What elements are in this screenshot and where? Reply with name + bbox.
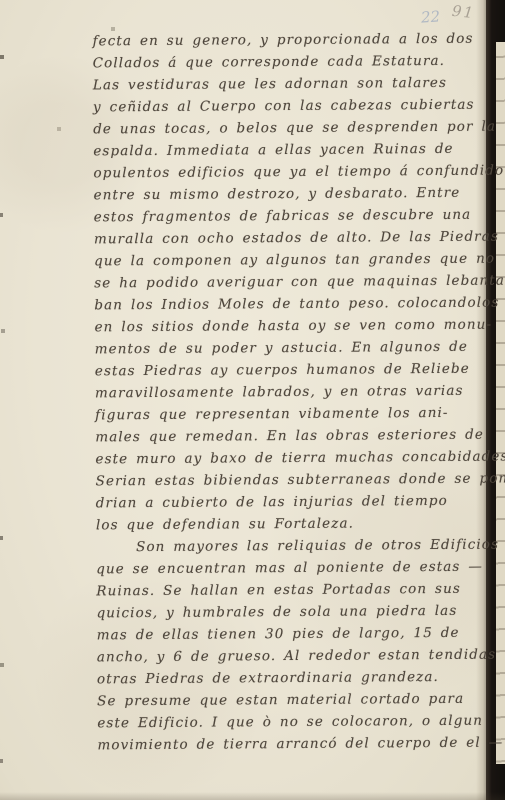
manuscript-line: ban los Indios Moles de tanto peso. colo… — [94, 292, 486, 317]
manuscript-line: males que remedan. En las obras esterior… — [95, 424, 487, 449]
manuscript-line: opulentos edificios que ya el tiempo á c… — [93, 160, 485, 185]
manuscript-text-block: fecta en su genero, y proporcionada a lo… — [92, 28, 489, 757]
manuscript-line: Collados á que corresponde cada Estatura… — [93, 50, 485, 75]
manuscript-line: de unas tocas, o belos que se desprenden… — [93, 116, 485, 141]
manuscript-line: este Edificio. I que ò no se colocaron, … — [97, 710, 489, 735]
manuscript-line: Son mayores las reliquias de otros Edifi… — [96, 534, 488, 559]
manuscript-line: quicios, y humbrales de sola una piedra … — [96, 600, 488, 625]
manuscript-line: en los sitios donde hasta oy se ven como… — [94, 314, 486, 339]
manuscript-line: entre su mismo destrozo, y desbarato. En… — [94, 182, 486, 207]
manuscript-line: estas Piedras ay cuerpos humanos de Reli… — [95, 358, 487, 383]
manuscript-line: que la componen ay algunos tan grandes q… — [94, 248, 486, 273]
pencil-folio-number-right: 91 — [451, 2, 476, 22]
manuscript-line: movimiento de tierra arrancó del cuerpo … — [97, 732, 489, 757]
manuscript-line: figuras que representan vibamente los an… — [95, 402, 487, 427]
manuscript-line: Serian estas bibiendas subterraneas dond… — [96, 468, 488, 493]
manuscript-line: drian a cubierto de las injurias del tie… — [96, 490, 488, 515]
manuscript-line: muralla con ocho estados de alto. De las… — [94, 226, 486, 251]
next-page-edge — [496, 42, 505, 764]
manuscript-line: ancho, y 6 de grueso. Al rededor estan t… — [97, 644, 489, 669]
paper-specks — [0, 0, 2, 2]
manuscript-scan-page: 22 91 fecta en su genero, y proporcionad… — [0, 0, 505, 800]
manuscript-line: y ceñidas al Cuerpo con las cabezas cubi… — [93, 94, 485, 119]
manuscript-line: estos fragmentos de fabricas se descubre… — [94, 204, 486, 229]
manuscript-line: otras Piedras de extraordinaria grandeza… — [97, 666, 489, 691]
bottom-edge-shadow — [0, 792, 505, 800]
manuscript-line: los que defendian su Fortaleza. — [96, 512, 488, 537]
manuscript-line: fecta en su genero, y proporcionada a lo… — [92, 28, 484, 53]
manuscript-line: Las vestiduras que les adornan son talar… — [93, 72, 485, 97]
pencil-folio-number-left: 22 — [420, 7, 440, 26]
manuscript-line: mas de ellas tienen 30 pies de largo, 15… — [97, 622, 489, 647]
manuscript-line: se ha podido averiguar con que maquinas … — [94, 270, 486, 295]
manuscript-line: espalda. Immediata a ellas yacen Ruinas … — [93, 138, 485, 163]
manuscript-line: Se presume que estan material cortado pa… — [97, 688, 489, 713]
manuscript-line: maravillosamente labrados, y en otras va… — [95, 380, 487, 405]
manuscript-line: Ruinas. Se hallan en estas Portadas con … — [96, 578, 488, 603]
manuscript-line: que se encuentran mas al poniente de est… — [96, 556, 488, 581]
manuscript-line: mentos de su poder y astucia. En algunos… — [95, 336, 487, 361]
manuscript-line: este muro ay baxo de tierra muchas conca… — [95, 446, 487, 471]
